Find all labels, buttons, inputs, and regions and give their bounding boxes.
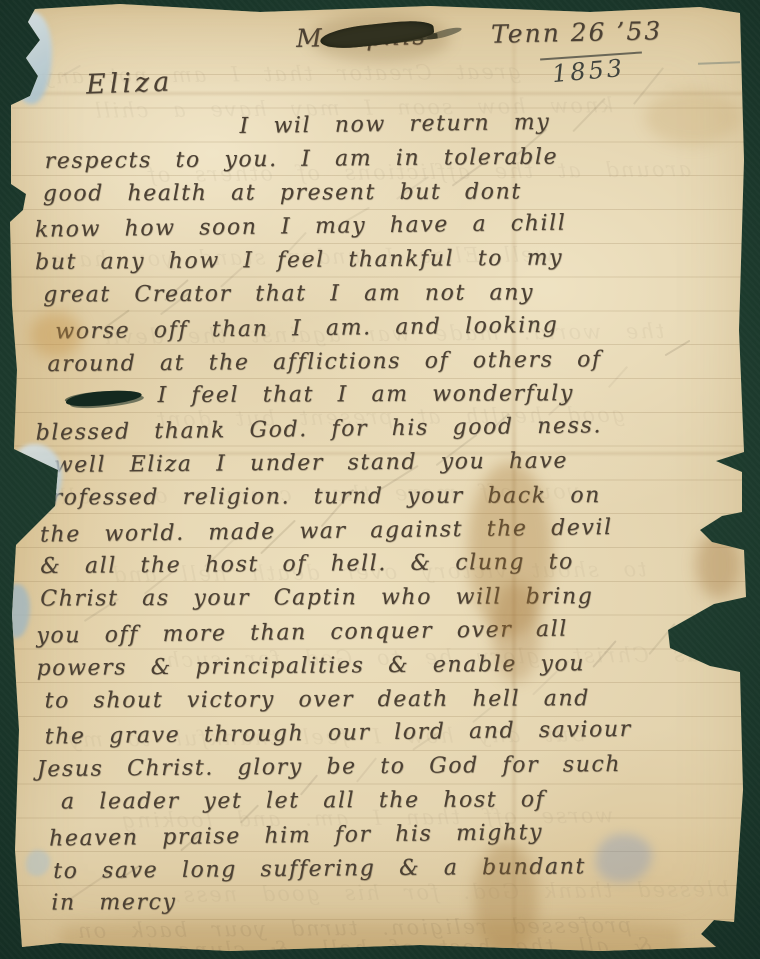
- letter-scan: great Creator that I am not anyknow how …: [0, 0, 760, 959]
- stain: [696, 532, 740, 598]
- stain: [492, 582, 540, 682]
- letter-paper: great Creator that I am not anyknow how …: [0, 0, 760, 959]
- stain: [645, 90, 740, 145]
- stain: [310, 14, 450, 62]
- stain-layer: [0, 0, 760, 959]
- stain: [60, 920, 680, 959]
- torn-edge-fibers: [8, 444, 62, 516]
- stain: [30, 312, 82, 358]
